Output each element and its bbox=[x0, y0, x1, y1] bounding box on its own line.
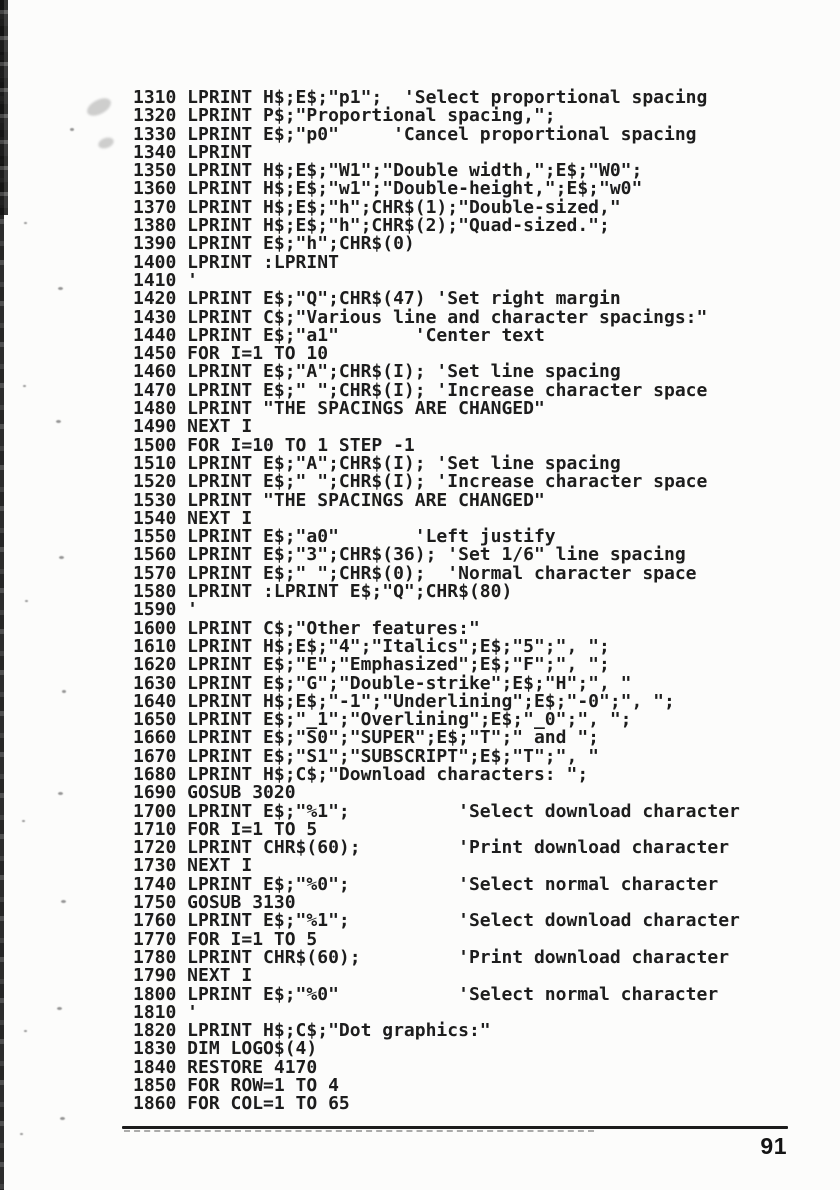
footer-rule bbox=[122, 1126, 788, 1129]
margin-smudge bbox=[97, 136, 115, 151]
code-line: 1390 LPRINT E$;"h";CHR$(0) bbox=[133, 235, 740, 253]
footer-rule-scan-shadow bbox=[124, 1130, 594, 1132]
code-line: 1790 NEXT I bbox=[133, 967, 740, 985]
noise-speck bbox=[22, 820, 25, 822]
scan-edge-artifact-top bbox=[0, 0, 8, 215]
noise-speck bbox=[60, 1117, 65, 1120]
code-line: 1590 ' bbox=[133, 601, 740, 619]
noise-speck bbox=[23, 385, 26, 387]
margin-smudge bbox=[84, 95, 114, 120]
noise-speck bbox=[24, 1030, 27, 1032]
code-line: 1620 LPRINT E$;"E";"Emphasized";E$;"F";"… bbox=[133, 656, 740, 674]
code-line: 1490 NEXT I bbox=[133, 418, 740, 436]
noise-speck bbox=[25, 600, 28, 602]
noise-speck bbox=[24, 222, 27, 224]
noise-speck bbox=[58, 287, 63, 290]
scanned-manual-page: 1310 LPRINT H$;E$;"p1"; 'Select proporti… bbox=[0, 0, 840, 1190]
code-line: 1460 LPRINT E$;"A";CHR$(I); 'Set line sp… bbox=[133, 363, 740, 381]
basic-code-listing: 1310 LPRINT H$;E$;"p1"; 'Select proporti… bbox=[133, 89, 740, 1114]
code-line: 1660 LPRINT E$;"S0";"SUPER";E$;"T";" and… bbox=[133, 729, 740, 747]
code-line: 1580 LPRINT :LPRINT E$;"Q";CHR$(80) bbox=[133, 583, 740, 601]
code-line: 1830 DIM LOGO$(4) bbox=[133, 1040, 740, 1058]
noise-speck bbox=[58, 792, 63, 795]
noise-speck bbox=[70, 128, 74, 131]
code-line: 1320 LPRINT P$;"Proportional spacing,"; bbox=[133, 107, 740, 125]
code-line: 1760 LPRINT E$;"%1"; 'Select download ch… bbox=[133, 912, 740, 930]
noise-speck bbox=[59, 556, 64, 559]
page-number: 91 bbox=[760, 1133, 787, 1160]
code-line: 1800 LPRINT E$;"%0" 'Select normal chara… bbox=[133, 986, 740, 1004]
code-line: 1400 LPRINT :LPRINT bbox=[133, 254, 740, 272]
code-line: 1420 LPRINT E$;"Q";CHR$(47) 'Set right m… bbox=[133, 290, 740, 308]
code-line: 1690 GOSUB 3020 bbox=[133, 784, 740, 802]
noise-speck bbox=[62, 690, 66, 693]
code-line: 1520 LPRINT E$;" ";CHR$(I); 'Increase ch… bbox=[133, 473, 740, 491]
noise-speck bbox=[61, 900, 66, 903]
noise-speck bbox=[57, 1007, 62, 1010]
noise-speck bbox=[56, 420, 61, 423]
code-line: 1860 FOR COL=1 TO 65 bbox=[133, 1095, 740, 1113]
code-line: 1560 LPRINT E$;"3";CHR$(36); 'Set 1/6" l… bbox=[133, 546, 740, 564]
noise-speck bbox=[20, 1133, 23, 1135]
